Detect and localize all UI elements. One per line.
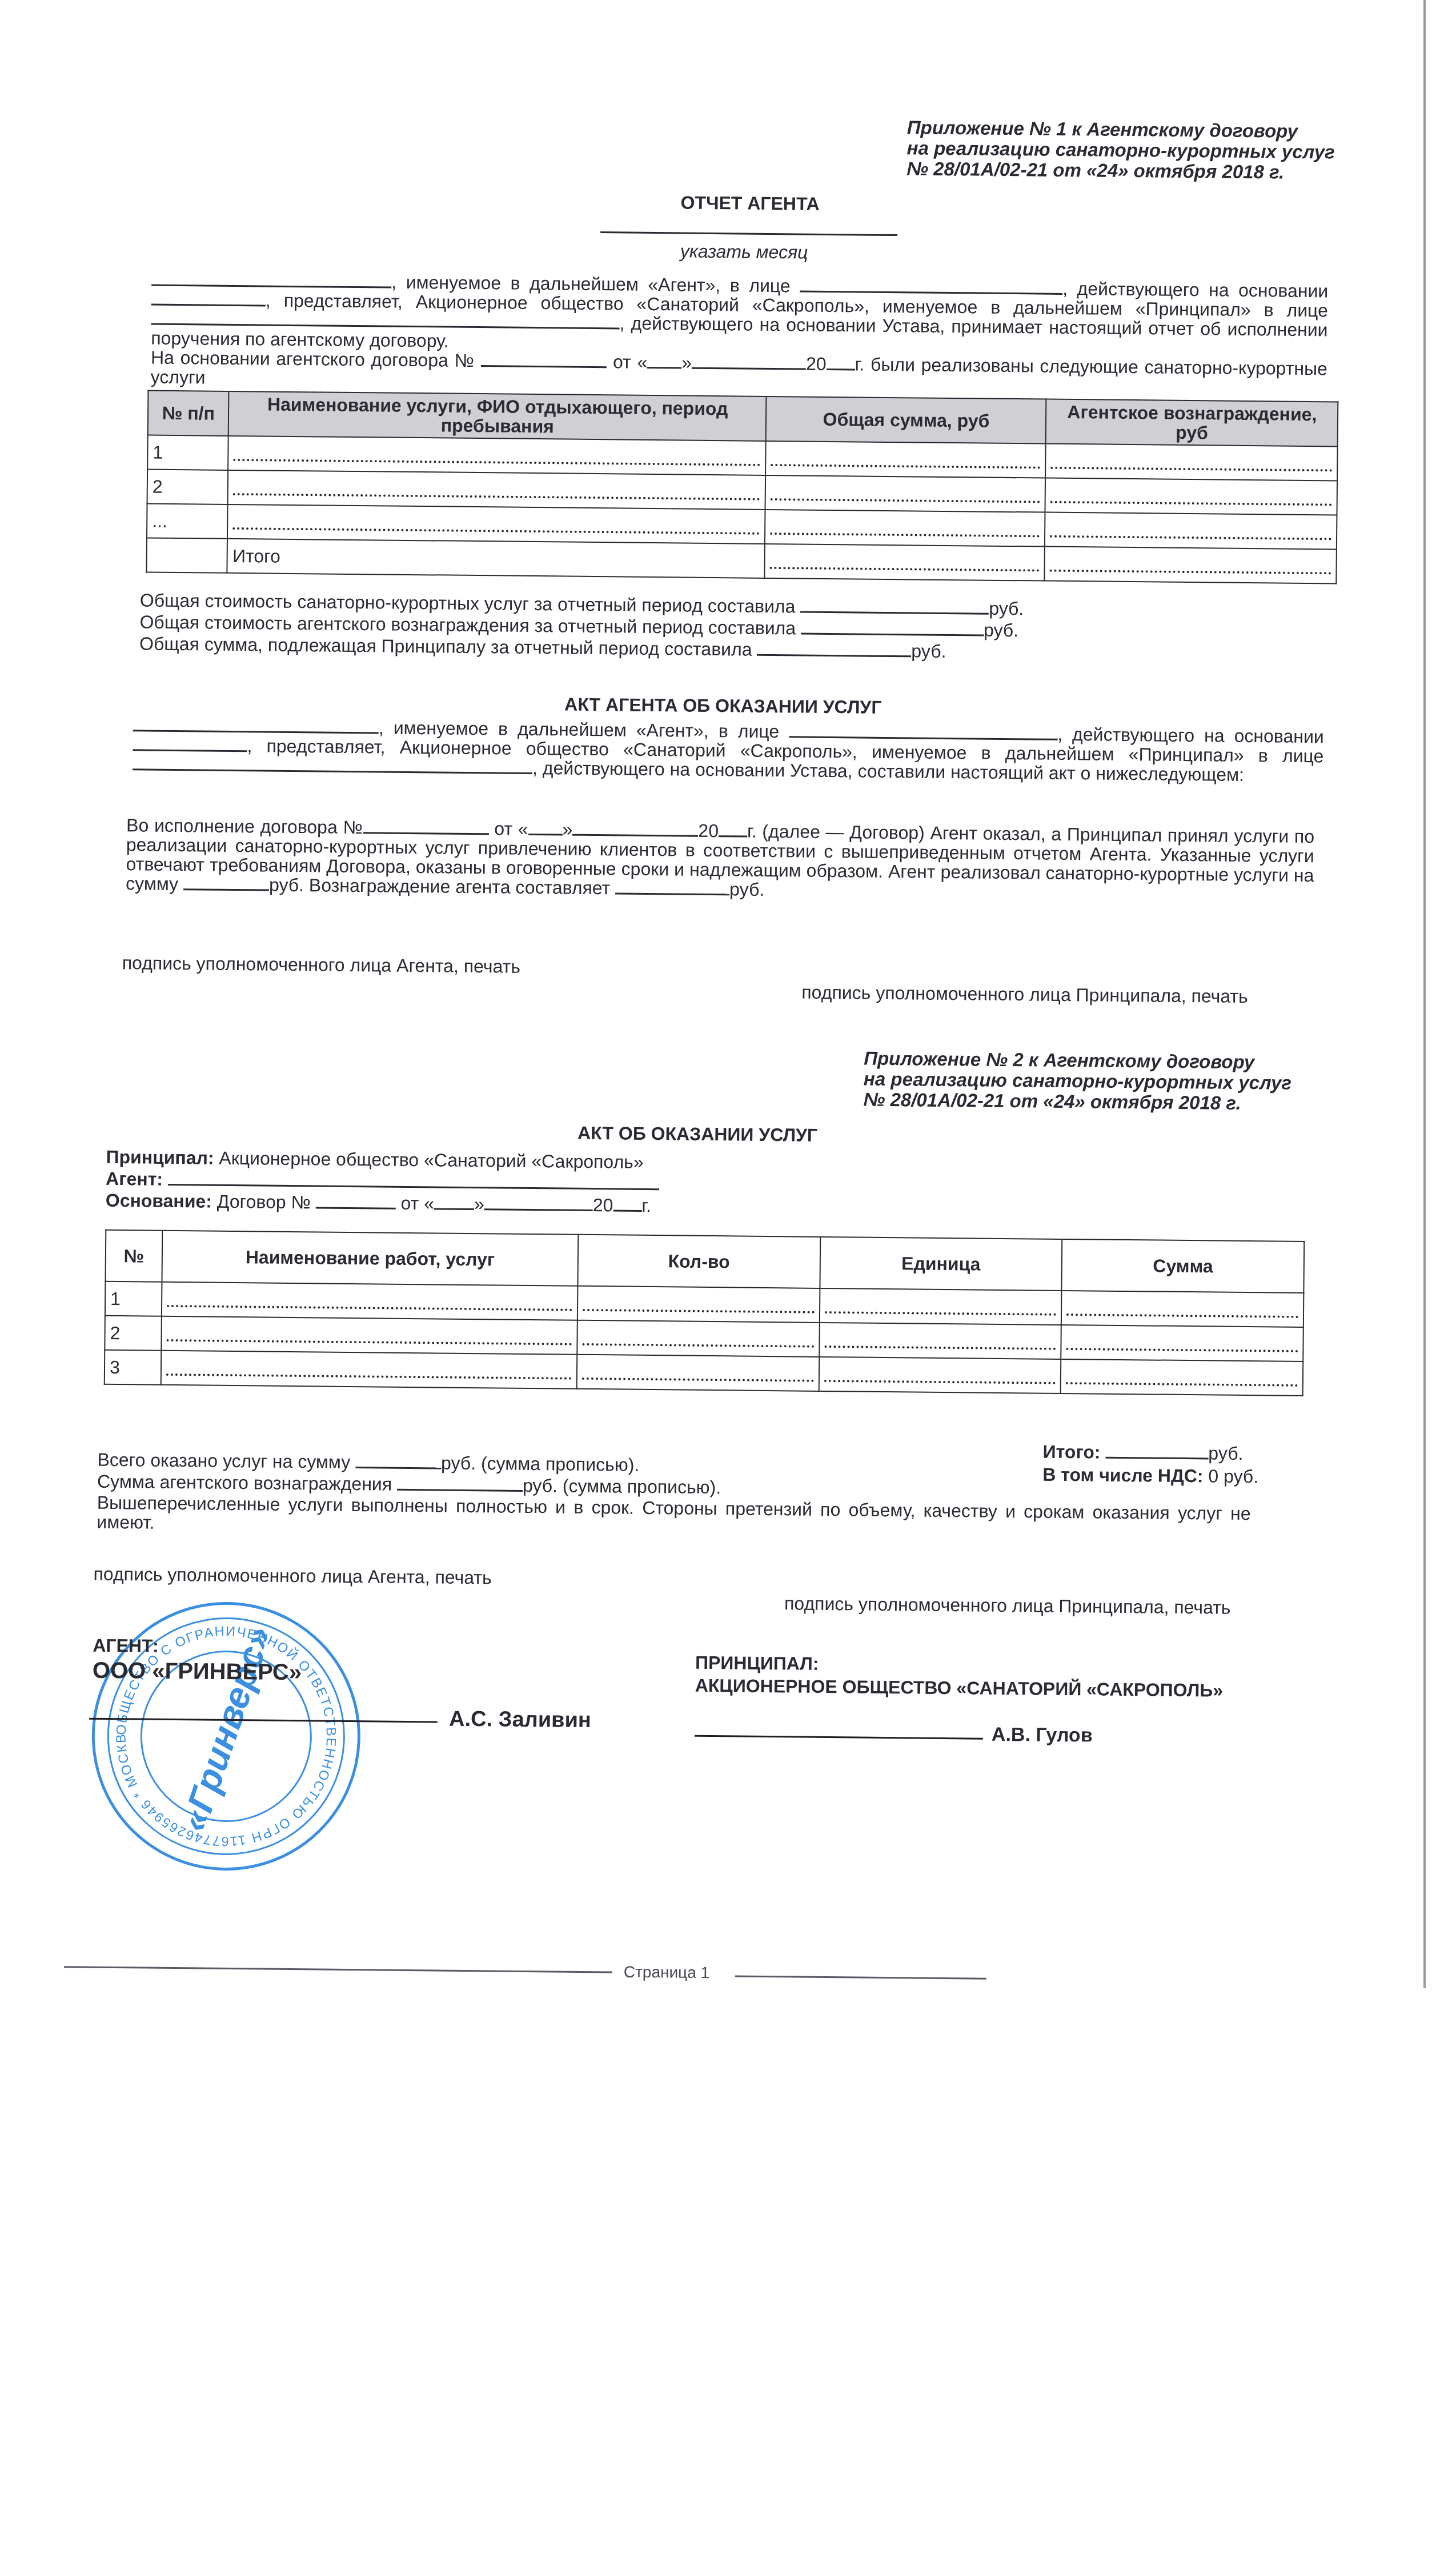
services-sum-blank[interactable]	[183, 875, 269, 891]
contract-number-blank[interactable]	[316, 1192, 396, 1209]
agent-signature-label: АГЕНТ:	[93, 1635, 159, 1657]
fee-cell[interactable]	[1046, 444, 1338, 481]
footer-line-left	[64, 1966, 612, 1973]
agent-act-intro: , именуемое в дальнейшем «Агент», в лице…	[133, 715, 1324, 785]
report-table: № п/п Наименование услуги, ФИО отдыхающе…	[146, 390, 1338, 584]
text: руб.	[984, 620, 1018, 641]
text: Общая сумма, подлежащая Принципалу за от…	[139, 633, 752, 659]
appendix-2-header: Приложение № 2 к Агентскому договору на …	[863, 1048, 1291, 1114]
vat-label: В том числе НДС:	[1042, 1464, 1204, 1487]
contract-number-blank[interactable]	[363, 818, 489, 835]
basis-label: Основание:	[106, 1190, 212, 1212]
month-blank[interactable]	[692, 354, 806, 370]
total-blank[interactable]	[1105, 1442, 1208, 1460]
services-act-title: АКТ ОБ ОКАЗАНИИ УСЛУГ	[577, 1123, 817, 1146]
total-fee-blank[interactable]	[801, 618, 984, 636]
appendix-2-line-3: № 28/01А/02-21 от «24» октября 2018 г.	[863, 1090, 1291, 1114]
vat-value: 0 руб.	[1208, 1465, 1258, 1487]
day-blank[interactable]	[647, 353, 681, 369]
col-header-fee: Агентское вознаграждение, руб	[1046, 399, 1338, 447]
col-header-num: №	[105, 1230, 162, 1282]
text: »	[474, 1194, 484, 1214]
col-header-qty: Кол-во	[577, 1235, 820, 1288]
unit-cell[interactable]	[820, 1288, 1062, 1325]
total-cell[interactable]	[766, 441, 1046, 478]
vat-line: В том числе НДС: 0 руб.	[1042, 1464, 1258, 1487]
agent-blank[interactable]	[168, 1169, 659, 1190]
text: Всего оказано услуг на сумму	[97, 1449, 350, 1472]
col-header-unit: Единица	[820, 1237, 1062, 1291]
text: »	[563, 819, 573, 840]
col-header-num: № п/п	[148, 391, 229, 436]
text: от «	[494, 818, 528, 839]
agent-company: ООО «ГРИНВЕРС»	[93, 1658, 302, 1686]
principal-signature-caption: подпись уполномоченного лица Принципала,…	[801, 982, 1248, 1007]
agent-fee-blank[interactable]	[615, 879, 729, 895]
col-header-name: Наименование работ, услуг	[162, 1231, 579, 1286]
text: Сумма агентского вознаграждения	[97, 1471, 392, 1495]
name-cell[interactable]	[162, 1316, 577, 1355]
text: руб.	[729, 879, 764, 900]
services-table: № Наименование работ, услуг Кол-во Едини…	[104, 1230, 1305, 1396]
agent-act-title: АКТ АГЕНТА ОБ ОКАЗАНИИ УСЛУГ	[564, 694, 882, 718]
text: от «	[613, 351, 648, 373]
text: руб.	[989, 598, 1024, 619]
day-blank[interactable]	[434, 1193, 474, 1210]
name-cell[interactable]	[161, 1351, 577, 1389]
text: Договор №	[217, 1191, 311, 1213]
contract-number-blank[interactable]	[481, 351, 607, 368]
service-cell[interactable]	[227, 504, 765, 544]
agent-basis-blank[interactable]	[151, 290, 266, 307]
text: от «	[400, 1193, 434, 1214]
qty-cell[interactable]	[577, 1355, 819, 1391]
agent-signatory: А.С. Заливин	[449, 1707, 591, 1733]
month-line	[600, 231, 897, 236]
text: »	[681, 352, 692, 373]
row-num: 2	[147, 470, 228, 504]
text: руб. (сумма прописью).	[441, 1453, 640, 1475]
qty-cell[interactable]	[577, 1286, 820, 1323]
total-cell[interactable]	[765, 510, 1045, 547]
sum-cell[interactable]	[1061, 1359, 1303, 1396]
principal-signature-line[interactable]	[695, 1735, 983, 1740]
agent-signature-caption-2: подпись уполномоченного лица Агента, печ…	[93, 1564, 491, 1588]
agent-name-blank[interactable]	[151, 271, 391, 289]
unit-cell[interactable]	[819, 1357, 1061, 1393]
text: 20	[806, 354, 827, 374]
total-label: Итого	[227, 539, 765, 578]
sum-cell[interactable]	[1061, 1291, 1303, 1327]
fee-cell[interactable]	[1045, 512, 1337, 550]
qty-cell[interactable]	[577, 1320, 819, 1357]
text: руб.	[911, 640, 946, 662]
fee-cell[interactable]	[1045, 478, 1337, 515]
col-header-total: Общая сумма, руб	[766, 397, 1046, 444]
scanned-content: Приложение № 1 к Агентскому договору на …	[0, 0, 1456, 2013]
total-label: Итого:	[1043, 1441, 1101, 1463]
row-num: ...	[147, 504, 228, 539]
principal-company: АКЦИОНЕРНОЕ ОБЩЕСТВО «САНАТОРИЙ «САКРОПО…	[695, 1675, 1224, 1701]
agent-rep-blank[interactable]	[789, 722, 1057, 740]
page-number: Страница 1	[624, 1963, 710, 1982]
appendix-1-line-3: № 28/01А/02-21 от «24» октября 2018 г.	[907, 158, 1334, 183]
unit-cell[interactable]	[819, 1323, 1061, 1359]
text: руб. Вознаграждение агента составляет	[269, 875, 611, 899]
text: руб. (сумма прописью).	[523, 1475, 721, 1497]
total-principal-blank[interactable]	[757, 639, 911, 658]
principal-signatory: А.В. Гулов	[992, 1724, 1093, 1747]
total-line: Итого: руб.	[1043, 1441, 1244, 1464]
day-blank[interactable]	[528, 820, 563, 836]
service-cell[interactable]	[228, 436, 767, 475]
col-header-service: Наименование услуги, ФИО отдыхающего, пе…	[228, 391, 767, 441]
month-hint: указать месяц	[680, 241, 808, 263]
report-title: ОТЧЕТ АГЕНТА	[680, 192, 819, 214]
agent-name-blank[interactable]	[133, 716, 379, 734]
row-num: 1	[105, 1282, 162, 1316]
name-cell[interactable]	[162, 1282, 577, 1320]
row-num: 2	[105, 1316, 162, 1351]
month-blank[interactable]	[572, 820, 698, 837]
agent-fee-blank[interactable]	[397, 1474, 523, 1492]
year-blank[interactable]	[827, 355, 855, 370]
principal-line: Принципал: Акционерное общество «Санатор…	[106, 1147, 643, 1172]
total-cell[interactable]	[765, 475, 1046, 512]
services-sum-blank[interactable]	[355, 1452, 441, 1469]
services-sum-line: Всего оказано услуг на сумму руб. (сумма…	[97, 1449, 639, 1475]
fee-cell[interactable]	[1045, 547, 1337, 584]
text: руб.	[1208, 1443, 1243, 1464]
text: 20	[593, 1195, 613, 1215]
total-cell[interactable]	[765, 544, 1045, 581]
sum-cell[interactable]	[1061, 1325, 1303, 1361]
year-blank[interactable]	[613, 1195, 641, 1211]
agent-act-body: Во исполнение договора № от «»20г. (дале…	[126, 815, 1314, 904]
report-intro-paragraph: , именуемое в дальнейшем «Агент», в лице…	[151, 270, 1329, 398]
agent-signature-caption: подпись уполномоченного лица Агента, печ…	[122, 952, 520, 977]
agent-label: Агент:	[106, 1168, 163, 1190]
row-num	[146, 538, 227, 573]
principal-signature-label: ПРИНЦИПАЛ:	[695, 1652, 819, 1675]
basis-line: Основание: Договор № от «»20г.	[106, 1190, 652, 1216]
closing-statement: Вышеперечисленные услуги выполнены полно…	[97, 1493, 1251, 1543]
text: г.	[641, 1195, 651, 1216]
document-page: Приложение № 1 к Агентскому договору на …	[0, 0, 1456, 2571]
row-num: 1	[147, 435, 228, 470]
service-cell[interactable]	[228, 470, 766, 510]
text: 20	[698, 820, 719, 841]
principal-label: Принципал:	[106, 1147, 214, 1168]
month-blank[interactable]	[484, 1194, 593, 1211]
year-blank[interactable]	[719, 822, 747, 837]
principal-rep-blank[interactable]	[133, 755, 532, 774]
agent-basis-blank[interactable]	[133, 735, 247, 752]
appendix-1-header: Приложение № 1 к Агентскому договору на …	[907, 117, 1335, 183]
principal-signature-caption-2: подпись уполномоченного лица Принципала,…	[784, 1593, 1231, 1617]
total-services-blank[interactable]	[800, 596, 989, 615]
principal-value: Акционерное общество «Санаторий «Сакропо…	[219, 1148, 644, 1172]
agent-rep-blank[interactable]	[800, 277, 1062, 294]
col-header-sum: Сумма	[1062, 1239, 1305, 1293]
principal-rep-blank[interactable]	[151, 310, 620, 330]
row-num: 3	[105, 1350, 162, 1385]
footer-line-right	[735, 1976, 986, 1980]
